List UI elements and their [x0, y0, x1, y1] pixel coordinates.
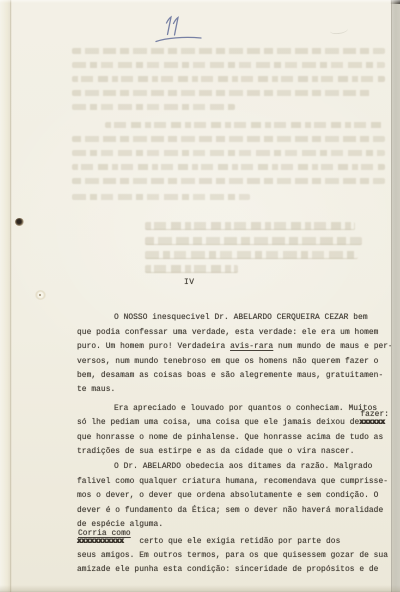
- text-line: que honrasse o nome de pinhalense. Que h…: [77, 431, 389, 445]
- section-heading: IV: [184, 276, 389, 290]
- bleedthrough-line: [72, 104, 235, 110]
- text-line: seus amigos. Em outros termos, para os q…: [77, 549, 389, 563]
- text-line: que podia confessar uma verdade, esta ve…: [77, 326, 389, 340]
- text-line: Corria comoxxxxxxxxxxx certo que ele exi…: [77, 535, 389, 549]
- correction-inserted-text: Corria como: [78, 527, 131, 541]
- paper-stain-spot: [35, 290, 46, 300]
- punch-hole-dark: [15, 218, 24, 226]
- correction-inserted-text: fazer:: [360, 408, 389, 422]
- page-top-edge: [0, 0, 400, 3]
- text-line: amizade ele punha esta condição: sinceri…: [77, 563, 389, 577]
- bleedthrough-line: [72, 194, 250, 200]
- page-bottom-edge: [0, 585, 400, 592]
- text-line: tradições de sua estirpe e as da cidade …: [77, 445, 389, 459]
- paragraph-4: Corria comoxxxxxxxxxxx certo que ele exi…: [77, 535, 389, 578]
- bleedthrough-line: [72, 90, 372, 96]
- scanned-document-photo: { "page": { "handwritten_page_number": "…: [0, 0, 400, 592]
- bleedthrough-line: [145, 251, 358, 259]
- text-segment: num mundo de maus e per-: [273, 342, 393, 351]
- bleedthrough-line: [72, 136, 385, 142]
- text-line: dever é o fundamento da Ética; sem o dev…: [77, 504, 389, 518]
- text-line: versos, num mundo tenebroso em que os ho…: [77, 355, 389, 369]
- text-segment: certo que ele exigia retidão por parte d…: [135, 537, 341, 546]
- faint-pencil-mark: [330, 25, 349, 34]
- text-line: mos o dever, o dever que ordena absoluta…: [77, 489, 389, 503]
- text-line: puro. Um homem puro! Verdadeira avis-rar…: [77, 340, 389, 354]
- paragraph-1: O NOSSO inesquecivel Dr. ABELARDO CERQUE…: [77, 311, 389, 397]
- handwriting-strokes: [150, 10, 210, 46]
- underlined-term: avis-rara: [230, 342, 273, 351]
- typewriter-correction: Corria comoxxxxxxxxxxx: [77, 535, 124, 549]
- text-segment: puro. Um homem puro! Verdadeira: [77, 342, 230, 351]
- paragraph-3: O Dr. ABELARDO obedecia aos ditames da r…: [77, 460, 389, 532]
- text-line: O Dr. ABELARDO obedecia aos ditames da r…: [77, 460, 389, 474]
- bleedthrough-line: [72, 48, 385, 54]
- bleedthrough-line: [145, 237, 362, 245]
- bleedthrough-line: [72, 164, 385, 170]
- bleedthrough-line: [72, 62, 385, 68]
- bleedthrough-line: [72, 178, 385, 184]
- bleedthrough-line: [72, 150, 385, 156]
- bleedthrough-line: [145, 265, 238, 273]
- paragraph-2: Era apreciado e louvado por quantos o co…: [77, 402, 389, 460]
- paper-page: IV O NOSSO inesquecivel Dr. ABELARDO CER…: [0, 0, 400, 592]
- bleedthrough-line: [72, 76, 385, 82]
- page-right-edge: [391, 0, 400, 592]
- bleedthrough-line: [145, 222, 355, 230]
- handwritten-page-number: [150, 10, 210, 51]
- bleedthrough-line: [105, 122, 385, 128]
- text-line: bem, desamam as coisas boas e são alegre…: [77, 369, 389, 383]
- typewriter-correction: fazer:xxxxxx: [359, 416, 384, 430]
- text-line: te maus.: [77, 383, 389, 397]
- text-line: Era apreciado e louvado por quantos o co…: [77, 402, 389, 416]
- page-crease: [10, 0, 11, 592]
- text-line: O NOSSO inesquecivel Dr. ABELARDO CERQUE…: [77, 311, 389, 325]
- text-line: falivel como qualquer criatura humana, r…: [77, 475, 389, 489]
- text-line: só lhe pediam uma coisa, uma coisa que e…: [77, 416, 389, 430]
- typed-text-block: IV O NOSSO inesquecivel Dr. ABELARDO CER…: [77, 276, 389, 578]
- text-segment: só lhe pediam uma coisa, uma coisa que e…: [77, 418, 359, 427]
